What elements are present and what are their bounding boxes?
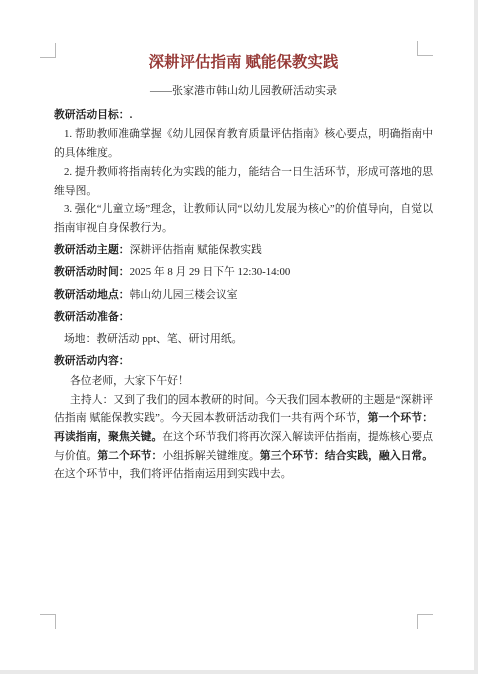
meta-value-topic: 深耕评估指南 赋能保教实践 — [130, 244, 262, 256]
meta-value-location: 韩山幼儿园三楼会议室 — [130, 289, 238, 301]
document-subtitle: ——张家港市韩山幼儿园教研活动实录 — [54, 82, 433, 101]
prep-heading: 教研活动准备： — [54, 308, 433, 327]
meta-line-time: 教研活动时间：2025 年 8 月 29 日下午 12:30-14:00 — [54, 263, 433, 282]
goals-heading: 教研活动目标：. — [54, 106, 433, 125]
host-paragraph-segment: 在这个环节中，我们将评估指南运用到实践中去。 — [54, 468, 292, 480]
margin-crop-mark-bottom-right — [417, 614, 433, 629]
margin-crop-mark-bottom-left — [40, 614, 56, 629]
goal-item-2: 2. 提升教师将指南转化为实践的能力，能结合一日生活环节，形成可落地的思维导图。 — [54, 163, 433, 200]
meta-label-time: 教研活动时间： — [54, 266, 130, 278]
page-edge-bottom — [0, 670, 478, 674]
prep-item: 场地：教研活动 ppt、笔、研讨用纸。 — [54, 330, 433, 349]
host-paragraph-segment: 第二个环节： — [97, 450, 162, 462]
document-title: 深耕评估指南 赋能保教实践 — [54, 53, 433, 73]
meta-line-location: 教研活动地点：韩山幼儿园三楼会议室 — [54, 286, 433, 305]
document-body: 深耕评估指南 赋能保教实践 ——张家港市韩山幼儿园教研活动实录 教研活动目标：.… — [54, 53, 433, 484]
goal-item-3: 3. 强化“儿童立场”理念，让教师认同“以幼儿发展为核心”的价值导向，自觉以指南… — [54, 200, 433, 237]
meta-label-location: 教研活动地点： — [54, 289, 130, 301]
host-paragraph-segment: 第三个环节：结合实践，融入日常。 — [260, 450, 433, 462]
meta-value-time: 2025 年 8 月 29 日下午 12:30-14:00 — [130, 266, 291, 278]
goal-item-1: 1. 帮助教师准确掌握《幼儿园保育教育质量评估指南》核心要点，明确指南中的具体维… — [54, 125, 433, 162]
meta-label-topic: 教研活动主题： — [54, 244, 130, 256]
greeting-line: 各位老师，大家下午好！ — [54, 372, 433, 391]
page-edge-right — [474, 0, 478, 674]
host-paragraph: 主持人：又到了我们的园本教研的时间。今天我们园本教研的主题是“深耕评估指南 赋能… — [54, 391, 433, 485]
document-page: 深耕评估指南 赋能保教实践 ——张家港市韩山幼儿园教研活动实录 教研活动目标：.… — [0, 0, 478, 674]
content-heading: 教研活动内容： — [54, 352, 433, 371]
host-paragraph-segment: 小组拆解关键维度。 — [162, 450, 259, 462]
meta-line-topic: 教研活动主题：深耕评估指南 赋能保教实践 — [54, 241, 433, 260]
